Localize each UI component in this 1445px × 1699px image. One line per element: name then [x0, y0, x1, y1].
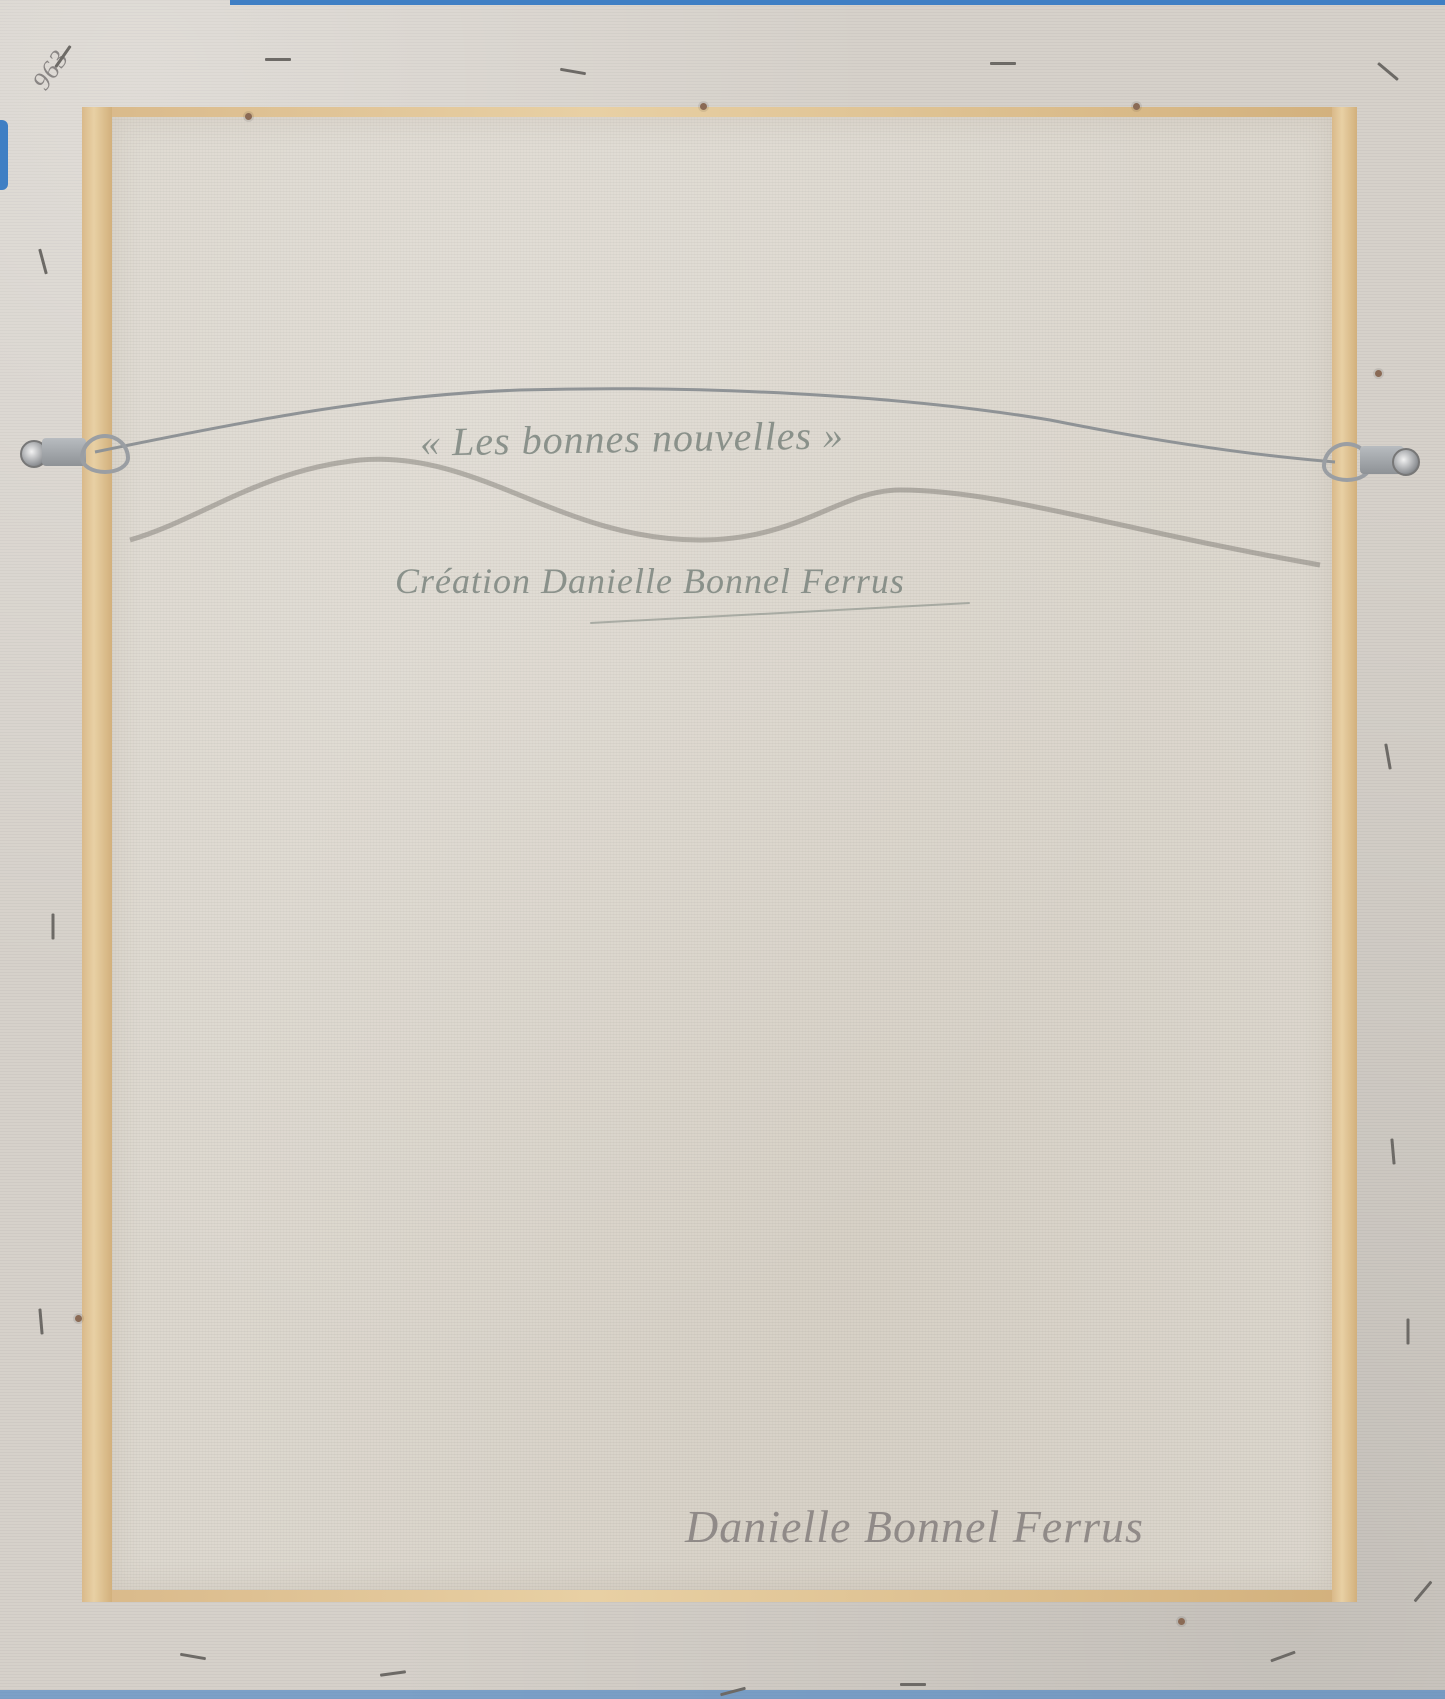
- right-d-ring-hanger: [1322, 440, 1432, 484]
- canvas-back-photo: 963 « Les bonnes nouvelles » Création Da…: [0, 0, 1445, 1699]
- screw-icon: [1392, 448, 1420, 476]
- d-ring-icon: [80, 434, 130, 474]
- hanging-wire: [0, 0, 1445, 1699]
- staple: [990, 62, 1016, 65]
- tack-hole: [1375, 370, 1382, 377]
- staple: [900, 1683, 926, 1686]
- tack-hole: [245, 113, 252, 120]
- mounting-plate: [42, 438, 86, 466]
- tack-hole: [700, 103, 707, 110]
- tack-hole: [1178, 1618, 1185, 1625]
- staple: [52, 914, 55, 940]
- staple: [265, 58, 291, 61]
- left-d-ring-hanger: [20, 432, 130, 476]
- staple: [1407, 1319, 1410, 1345]
- tack-hole: [1133, 103, 1140, 110]
- tack-hole: [75, 1315, 82, 1322]
